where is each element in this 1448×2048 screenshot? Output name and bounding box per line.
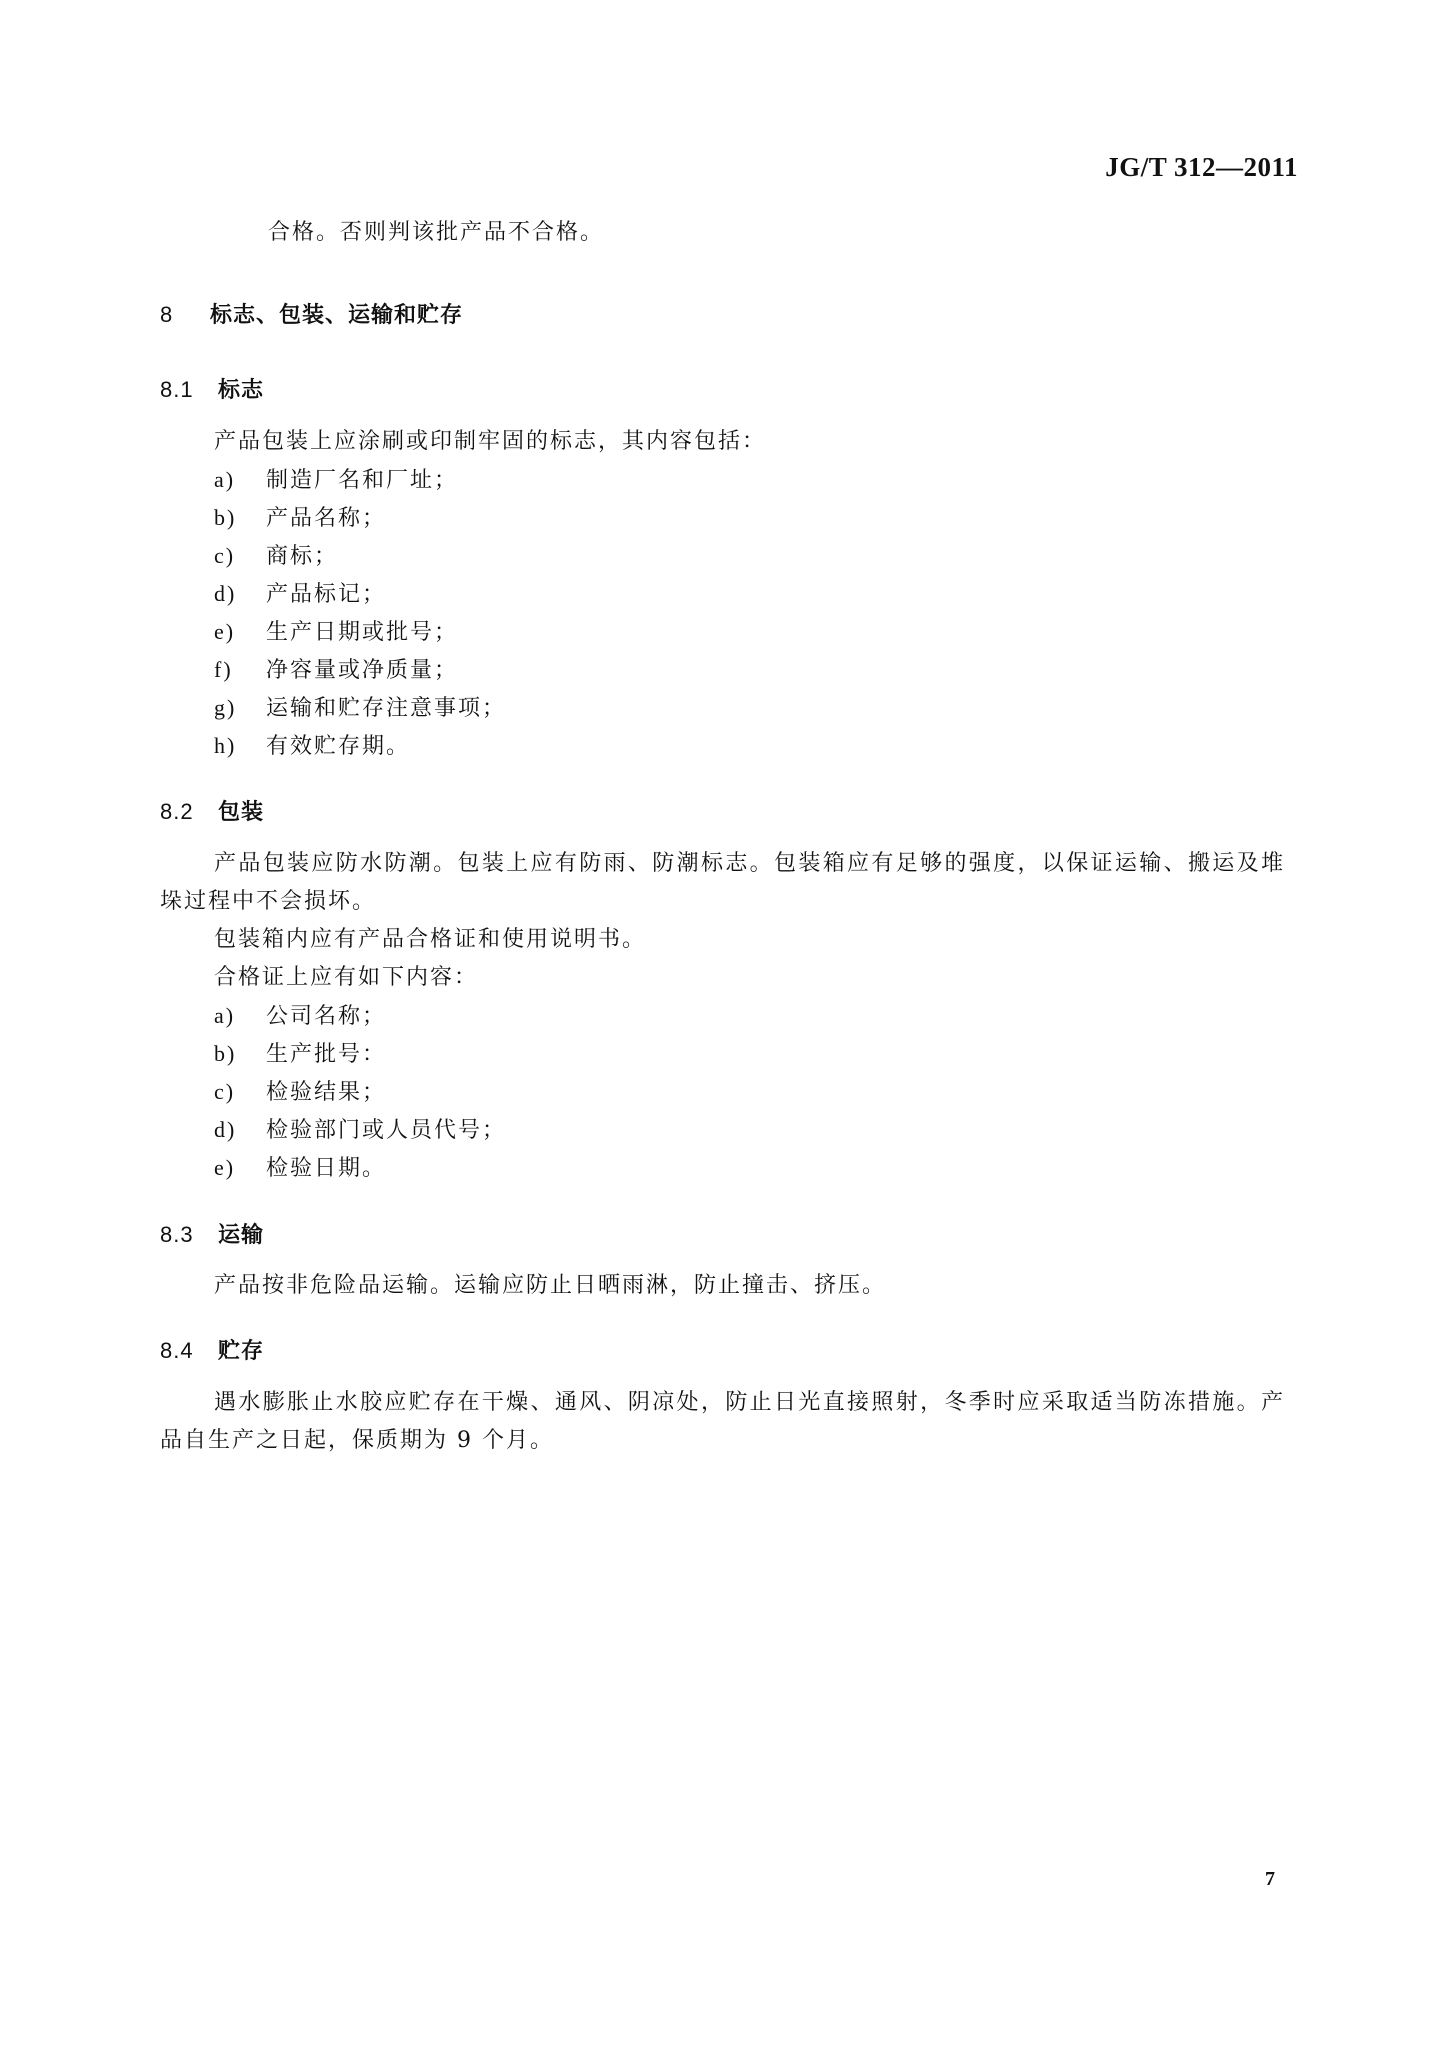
transport-paragraph: 产品按非危险品运输。运输应防止日晒雨淋，防止撞击、挤压。 (214, 1275, 886, 1297)
subsection-title: 包装 (218, 800, 264, 825)
packaging-line-2: 包装箱内应有产品合格证和使用说明书。 (214, 929, 646, 951)
list-item: g)运输和贮存注意事项； (214, 697, 506, 720)
list-marker: c) (214, 1081, 266, 1103)
list-marker: f) (214, 659, 266, 681)
list-marker: a) (214, 1005, 266, 1027)
list-marker: a) (214, 469, 266, 491)
list-item: b)生产批号： (214, 1043, 386, 1066)
list-marker: b) (214, 1043, 266, 1065)
list-item: d)产品标记； (214, 583, 386, 606)
list-text: 有效贮存期。 (266, 734, 410, 759)
subsection-number: 8.1 (160, 377, 218, 403)
list-text: 商标； (266, 544, 338, 569)
subsection-heading-8-1: 8.1标志 (160, 373, 264, 404)
subsection-number: 8.2 (160, 799, 218, 825)
list-text: 检验结果； (266, 1080, 386, 1105)
subsection-heading-8-2: 8.2包装 (160, 795, 264, 826)
list-text: 检验部门或人员代号； (266, 1118, 506, 1143)
subsection-heading-8-4: 8.4贮存 (160, 1334, 264, 1365)
storage-paragraph: 遇水膨胀止水胶应贮存在干燥、通风、阴凉处，防止日光直接照射，冬季时应采取适当防冻… (160, 1384, 1285, 1460)
subsection-number: 8.3 (160, 1222, 218, 1248)
list-marker: b) (214, 507, 266, 529)
list-text: 运输和贮存注意事项； (266, 696, 506, 721)
section-number: 8 (160, 302, 210, 328)
list-item: a)公司名称； (214, 1005, 386, 1028)
list-item: a)制造厂名和厂址； (214, 469, 458, 492)
list-text: 制造厂名和厂址； (266, 468, 458, 493)
subsection-title: 运输 (218, 1223, 264, 1248)
list-marker: g) (214, 697, 266, 719)
list-text: 产品标记； (266, 582, 386, 607)
list-text: 净容量或净质量； (266, 658, 458, 683)
list-item: c)商标； (214, 545, 338, 568)
list-marker: e) (214, 1157, 266, 1179)
list-marker: c) (214, 545, 266, 567)
list-item: f)净容量或净质量； (214, 659, 458, 682)
standard-code: JG/T 312—2011 (1105, 152, 1298, 183)
list-item: c)检验结果； (214, 1081, 386, 1104)
marking-intro: 产品包装上应涂刷或印制牢固的标志，其内容包括： (214, 431, 766, 453)
packaging-line-3: 合格证上应有如下内容： (214, 967, 478, 989)
subsection-title: 标志 (218, 378, 264, 403)
list-item: h)有效贮存期。 (214, 735, 410, 758)
section-heading: 8标志、包装、运输和贮存 (160, 298, 463, 329)
list-marker: h) (214, 735, 266, 757)
list-text: 生产批号： (266, 1042, 386, 1067)
list-marker: d) (214, 1119, 266, 1141)
list-item: e)检验日期。 (214, 1157, 386, 1180)
list-text: 生产日期或批号； (266, 620, 458, 645)
packaging-paragraph: 产品包装应防水防潮。包装上应有防雨、防潮标志。包装箱应有足够的强度，以保证运输、… (160, 845, 1285, 921)
section-title: 标志、包装、运输和贮存 (210, 303, 463, 328)
continuation-text: 合格。否则判该批产品不合格。 (268, 222, 604, 244)
list-text: 产品名称； (266, 506, 386, 531)
list-item: e)生产日期或批号； (214, 621, 458, 644)
list-item: d)检验部门或人员代号； (214, 1119, 506, 1142)
list-marker: e) (214, 621, 266, 643)
list-text: 检验日期。 (266, 1156, 386, 1181)
subsection-number: 8.4 (160, 1338, 218, 1364)
list-item: b)产品名称； (214, 507, 386, 530)
list-text: 公司名称； (266, 1004, 386, 1029)
list-marker: d) (214, 583, 266, 605)
page-number: 7 (1265, 1868, 1275, 1891)
subsection-heading-8-3: 8.3运输 (160, 1218, 264, 1249)
subsection-title: 贮存 (218, 1339, 264, 1364)
